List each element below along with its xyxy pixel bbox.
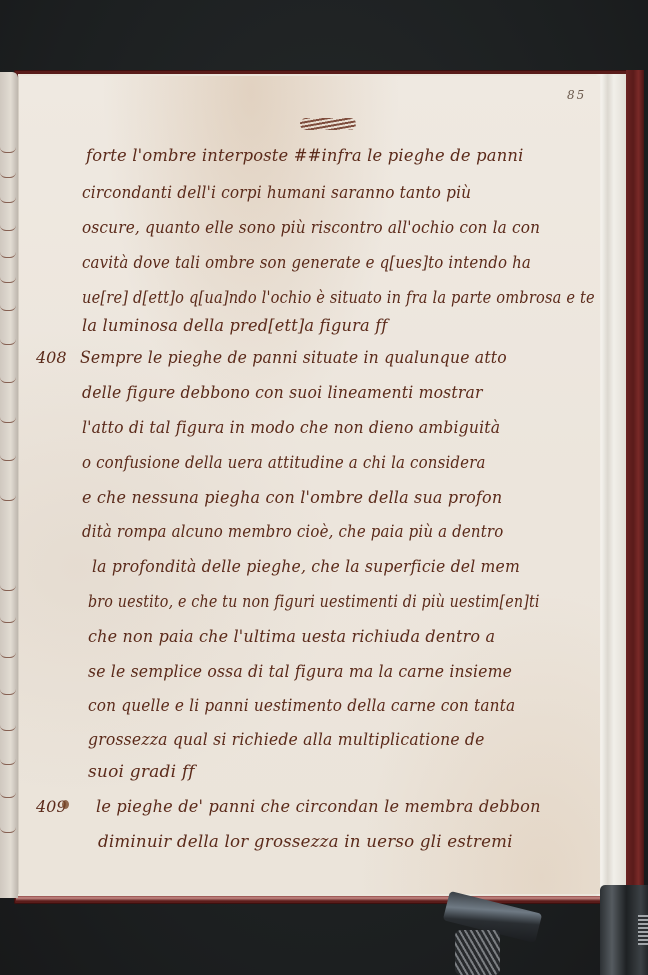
manuscript-line: la profondità delle pieghe, che la super… <box>92 557 520 577</box>
verso-text-fragment <box>0 247 16 258</box>
manuscript-line: cavità dove tali ombre son generate e q[… <box>82 253 531 273</box>
verso-text-fragment <box>0 490 16 501</box>
verso-text-fragment <box>0 220 16 231</box>
manuscript-line: le pieghe de' panni che circondan le mem… <box>96 797 541 817</box>
manuscript-line: e che nessuna piegha con l'ombre della s… <box>82 488 502 508</box>
verso-text-fragment <box>0 720 16 731</box>
manuscript-line: se le semplice ossa di tal figura ma la … <box>88 662 512 682</box>
manuscript-line: la luminosa della pred[ett]a figura ff <box>82 316 388 336</box>
manuscript-line: l'atto di tal figura in modo che non die… <box>82 418 500 438</box>
manuscript-line: o confusione della uera attitudine a chi… <box>82 453 486 473</box>
verso-text-fragment <box>0 334 16 345</box>
verso-text-fragment <box>0 787 16 798</box>
verso-text-fragment <box>0 300 16 311</box>
folio-number: 85 <box>567 88 586 102</box>
manuscript-line: Sempre le pieghe de panni situate in qua… <box>80 348 507 368</box>
verso-text-fragment <box>0 450 16 461</box>
verso-text-fragment <box>0 167 16 178</box>
manuscript-line: oscure, quanto elle sono più riscontro a… <box>82 218 540 238</box>
metal-chain <box>455 930 500 975</box>
margin-paragraph-number: 408 <box>36 348 67 367</box>
ink-blot <box>62 800 69 809</box>
verso-text-fragment <box>0 372 16 383</box>
manuscript-line: suoi gradi ff <box>88 762 195 782</box>
verso-text-fragment <box>0 412 16 423</box>
verso-text-fragment <box>0 272 16 283</box>
verso-text-fragment <box>0 647 16 658</box>
manuscript-line: grossezza qual si richiede alla multipli… <box>88 730 485 750</box>
manuscript-line: ue[re] d[ett]o q[ua]ndo l'ochio è situat… <box>82 288 595 308</box>
verso-text-fragment <box>0 192 16 203</box>
manuscript-line: dità rompa alcuno membro cioè, che paia … <box>82 522 503 542</box>
verso-text-fragment <box>0 822 16 833</box>
verso-text-fragment <box>0 142 16 153</box>
verso-text-fragment <box>0 612 16 623</box>
verso-text-fragment <box>0 580 16 591</box>
manuscript-line: con quelle e li panni uestimento della c… <box>88 696 515 716</box>
struck-out-word <box>300 118 356 130</box>
verso-text-fragment <box>0 684 16 695</box>
manuscript-line: delle figure debbono con suoi lineamenti… <box>82 383 483 403</box>
manuscript-line: che non paia che l'ultima uesta richiuda… <box>88 627 495 647</box>
manuscript-line: diminuir della lor grossezza in uerso gl… <box>98 832 513 852</box>
verso-page-edge <box>0 72 18 898</box>
weight-chain <box>638 915 648 945</box>
manuscript-line: circondanti dell'i corpi humani saranno … <box>82 183 471 203</box>
manuscript-line: forte l'ombre interposte ##infra le pieg… <box>86 146 524 166</box>
verso-text-fragment <box>0 754 16 765</box>
manuscript-line: bro uestito, e che tu non figuri uestime… <box>88 592 540 612</box>
cover-edge-right <box>626 70 644 900</box>
